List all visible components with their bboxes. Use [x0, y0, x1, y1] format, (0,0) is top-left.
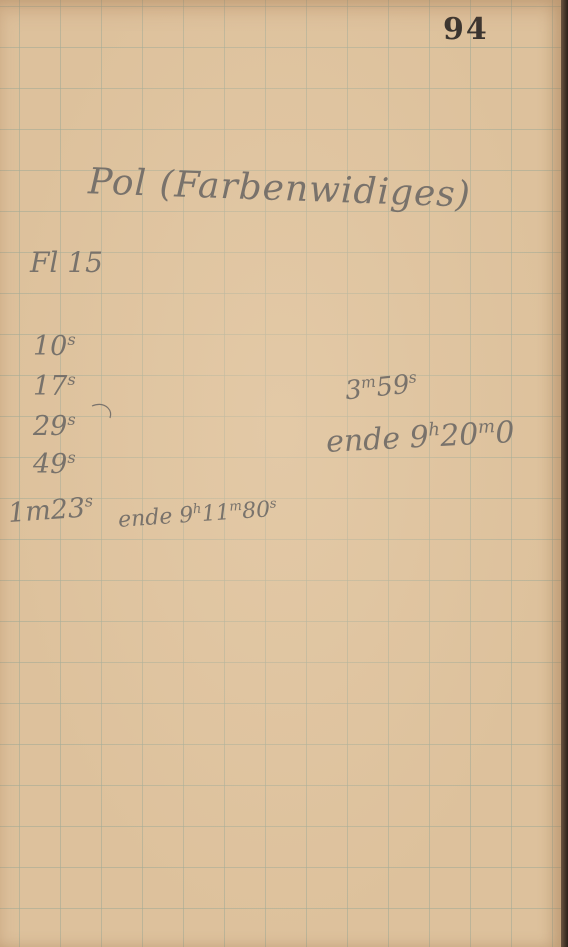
- time-entry: 49s: [33, 448, 76, 480]
- pencil-mark-icon: [90, 400, 120, 420]
- note-title: Pol (Farbenwidiges): [87, 161, 471, 215]
- page-number: 94: [443, 12, 489, 47]
- time-entry: 29s: [33, 410, 76, 442]
- duration-right: 3m59s: [344, 368, 419, 406]
- notebook-page: 94 Pol (Farbenwidiges) Fl 15 10s 17s 29s…: [0, 0, 561, 947]
- time-entry: 17s: [33, 370, 76, 402]
- end-time-right: ende 9h20m0: [325, 415, 515, 460]
- page-edge: [561, 0, 568, 947]
- time-entry: 10s: [33, 330, 76, 362]
- time-entry: 1m23s: [7, 491, 94, 529]
- end-time-left: ende 9h11m80s: [117, 496, 277, 532]
- note-label: Fl 15: [30, 246, 103, 279]
